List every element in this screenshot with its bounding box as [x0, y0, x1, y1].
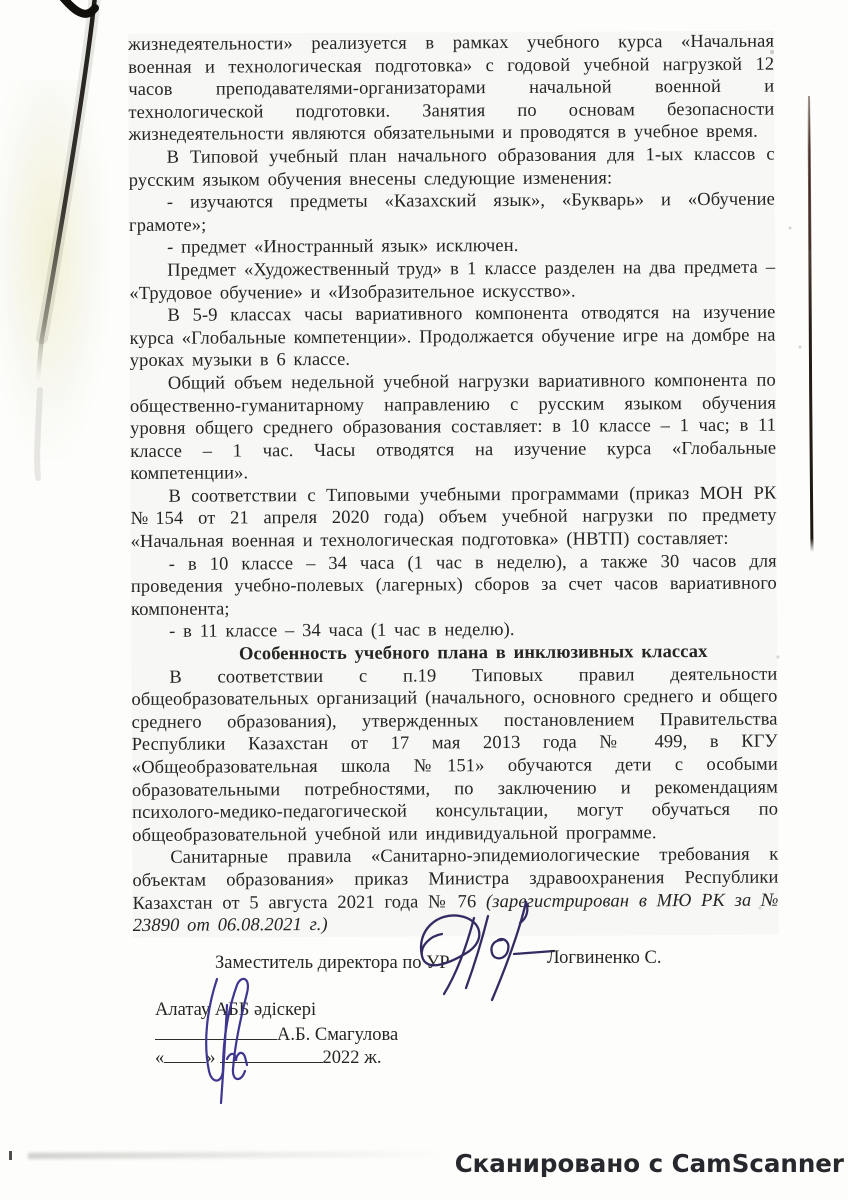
body-paragraph: - предмет «Иностранный язык» исключен.: [129, 234, 775, 260]
body-paragraph: жизнедеятельности» реализуется в рамках …: [128, 31, 775, 147]
body-paragraph: Общий объем недельной учебной нагрузки в…: [130, 370, 777, 486]
scan-spine-line-icon: [809, 96, 812, 552]
scan-smudge-tick: [9, 1151, 12, 1160]
section-heading: Особенность учебного плана в инклюзивных…: [131, 641, 777, 667]
methodist-name: А.Б. Смагулова: [277, 1025, 398, 1045]
camscanner-watermark: Сканировано с CamScanner: [455, 1149, 844, 1178]
scan-edge-tint: [0, 80, 110, 460]
body-paragraph: В Типовой учебный план начального образо…: [129, 144, 775, 193]
body-paragraph: Предмет «Художественный труд» в 1 классе…: [129, 257, 775, 306]
date-year: 2022 ж.: [323, 1048, 382, 1068]
deputy-signature-icon: [408, 896, 558, 1008]
body-paragraph-inclusive: В соответствии с п.19 Типовых правил дея…: [131, 663, 778, 847]
body-paragraph: - в 11 классе – 34 часа (1 час в неделю)…: [131, 618, 777, 644]
open-quote: «: [155, 1048, 164, 1068]
body-paragraph: В 5-9 классах часы вариативного компонен…: [129, 302, 775, 373]
methodist-signature-icon: [183, 975, 273, 1105]
body-paragraph: В соответствии с Типовыми учебными прогр…: [130, 482, 776, 553]
page-corner-fold-icon: [37, 0, 95, 478]
document-body: жизнедеятельности» реализуется в рамках …: [128, 31, 779, 938]
body-paragraph: - в 10 классе – 34 часа (1 час в неделю)…: [131, 550, 777, 621]
body-paragraph: - изучаются предметы «Казахский язык», «…: [129, 189, 775, 238]
scanned-document-page: жизнедеятельности» реализуется в рамках …: [0, 0, 848, 1200]
scan-smudge: [28, 1151, 448, 1159]
deputy-director-name: Логвиненко С.: [547, 948, 661, 969]
